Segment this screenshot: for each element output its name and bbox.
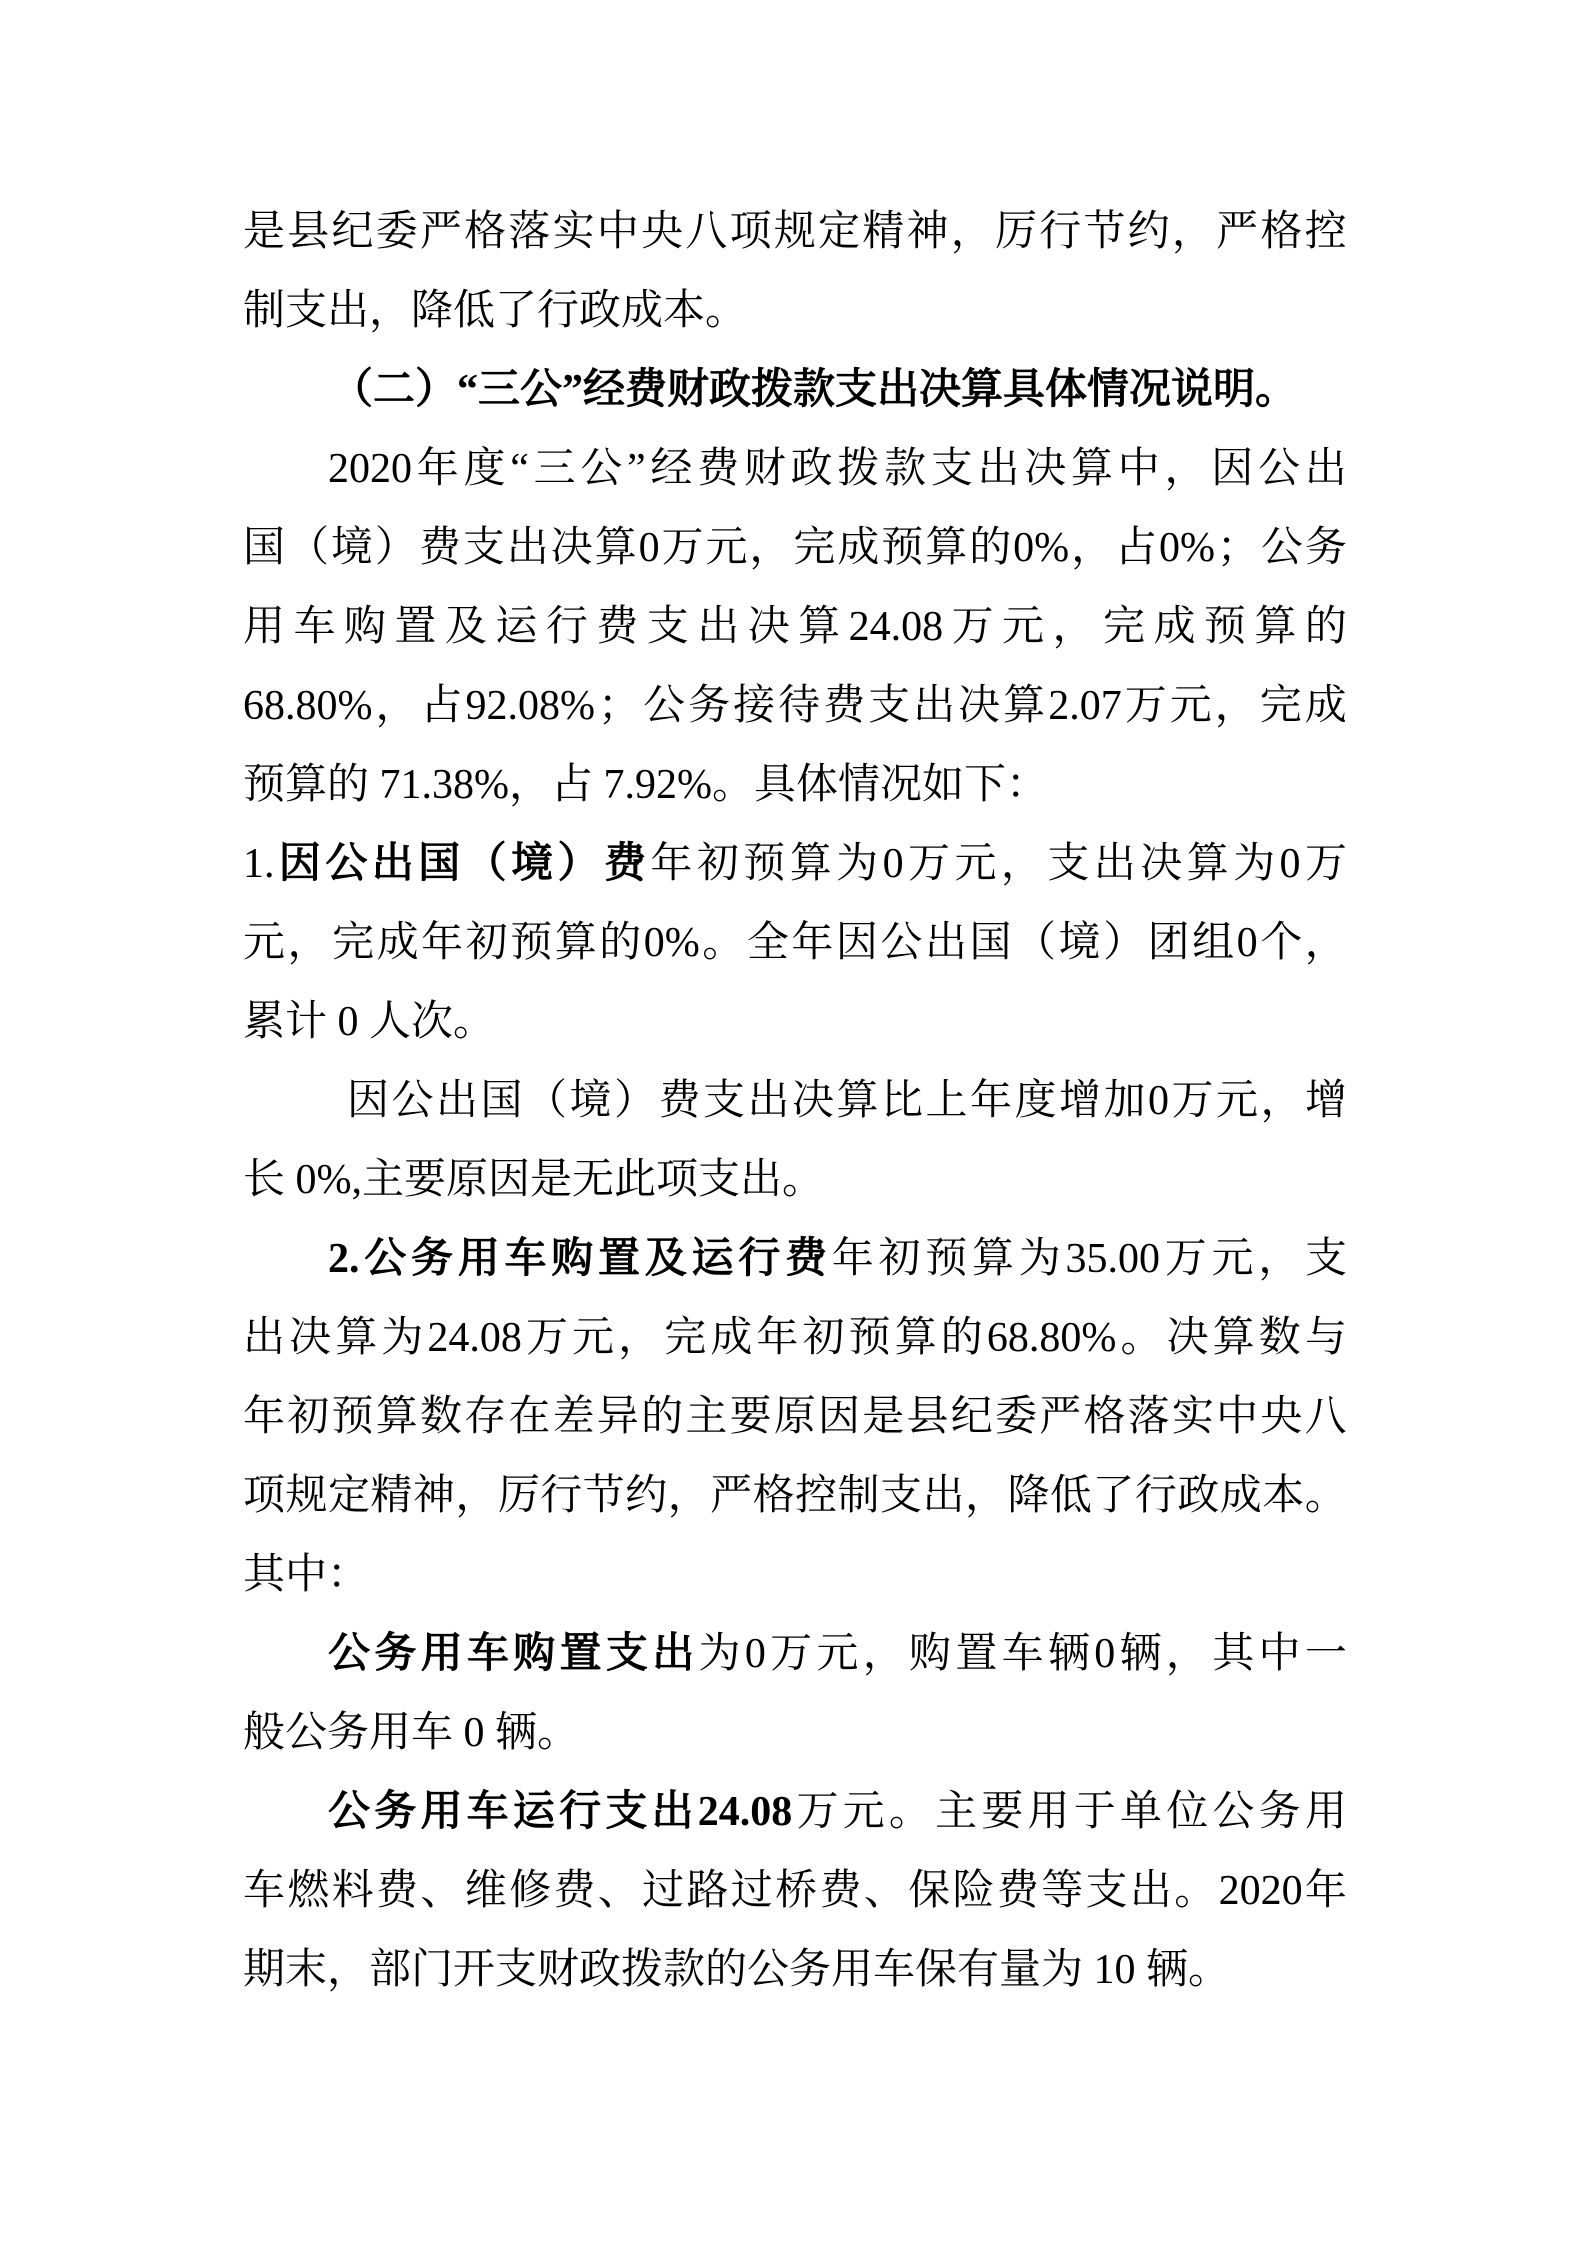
text-token: 规 [285,1457,327,1536]
text-token: 约 [625,1457,667,1536]
text-token: 费 [819,1852,861,1931]
text-token: 度 [463,430,505,509]
text-token: 费 [697,430,739,509]
text-token: ， [1260,1062,1302,1141]
text-token: 0% [1013,509,1069,588]
text-token: 县 [287,193,329,272]
text-token: 财 [744,430,786,509]
text-token: ） [375,509,417,588]
text-token: 。 [702,904,744,983]
text-token: 占 [1115,509,1157,588]
text-token: 格 [753,1457,795,1536]
text-token: 款 [884,430,926,509]
text-token: 年 [832,1220,874,1299]
text-line-4: 2020年度“三公”经费财政拨款支出决算中，因公出 [243,430,1347,509]
text-token: 政 [791,430,833,509]
text-token: 出 [507,509,549,588]
text-token: 中 [1259,1615,1301,1694]
text-token: 万 [526,1299,568,1378]
text-token: 定 [328,1457,370,1536]
text-token: 约 [1128,193,1170,272]
text-token: 0 [1094,1615,1115,1694]
text-token: 公 [328,1615,370,1694]
text-token: 出 [372,825,414,904]
text-token: 元 [1216,1062,1258,1141]
text-line-12: 因公出国（境）费支出决算比上年度增加0万元，增 [243,1062,1347,1141]
text-token: 项 [730,193,772,272]
text-token: 数 [420,1378,462,1457]
text-token: ， [951,193,993,272]
text-token: 料 [332,1852,374,1931]
text-token: 决 [748,588,790,667]
text-token: 精 [862,193,904,272]
text-line-3: （二）“三公”经费财政拨款支出决算具体情况说明。 [243,351,1347,430]
text-token: 境 [1059,904,1101,983]
text-token: 国 [969,904,1011,983]
text-token: 规 [774,193,816,272]
text-token: 数 [1259,1299,1301,1378]
text-token: 增 [1059,1062,1101,1141]
text-token: ） [558,825,600,904]
text-token: 车 [467,1773,509,1852]
text-token: 年 [970,1062,1012,1141]
text-line-14: 2.公务用车购置及运行费年初预算为35.00万元，支 [243,1220,1347,1299]
text-token: 算 [1187,825,1229,904]
text-token: 算 [1003,667,1045,746]
text-token: 其 [1212,1615,1254,1694]
text-token: 0 [639,509,660,588]
text-token: ， [668,1457,710,1536]
text-token: 厉 [498,1457,540,1536]
text-token: 待 [778,667,820,746]
text-token: 成 [1220,1457,1262,1536]
text-token: 格 [464,193,506,272]
text-token: 成 [1153,588,1195,667]
text-token: 预 [881,509,923,588]
text-token: 与 [1305,1299,1347,1378]
text-token: 控 [795,1457,837,1536]
text-token: 初 [803,1299,845,1378]
text-token: 算 [555,904,597,983]
text-token: 公 [392,1062,434,1141]
text-token: 元 [243,904,285,983]
text-token: 支 [1086,1852,1128,1931]
text-token: ， [455,1457,497,1536]
text-token: 出 [243,1299,285,1378]
text-token: 年 [756,1299,798,1378]
text-token: 公 [1258,430,1300,509]
text-line-10: 元，完成年初预算的0%。全年因公出国（境）团组0个， [243,904,1347,983]
text-token: 差 [553,1378,595,1457]
text-token: 成 [710,1299,752,1378]
text-token: ， [1001,825,1043,904]
text-token: 行 [1039,193,1081,272]
text-token: 出 [978,430,1020,509]
text-token: 支 [647,588,689,667]
text-token: 元 [1002,588,1044,667]
text-token: 原 [774,1378,816,1457]
text-token: 0 [1237,904,1258,983]
text-token: 算 [1071,430,1113,509]
text-token: 年 [417,430,459,509]
text-token: 行 [546,588,588,667]
text-token: 决 [289,1299,331,1378]
text-token: 年 [421,904,463,983]
text-token: 用 [420,1773,462,1852]
text-segment: 预算的 71.38%，占 7.92%。具体情况如下： [243,762,1048,808]
text-token: 主 [685,1378,727,1457]
text-token: 是 [862,1378,904,1457]
text-token: 公 [1212,1773,1254,1852]
text-token: 要 [730,1378,772,1457]
text-token: 严 [1039,1378,1081,1457]
text-token: 算 [895,1299,937,1378]
text-token: 公 [643,667,685,746]
text-token: 决 [1167,1299,1209,1378]
text-token: 为 [836,825,878,904]
text-segment: 期末，部门开支财政拨款的公务用车保有量为 10 辆。 [243,1947,1230,1993]
text-line-13: 长 0%,主要原因是无此项支出。 [243,1141,1347,1220]
text-token: 落 [1128,1378,1170,1457]
text-token: （ [1014,904,1056,983]
text-line-9: 1.因公出国（境）费年初预算为0万元，支出决算为0万 [243,825,1347,904]
text-token: 政 [1177,1457,1219,1536]
text-segment: 长 0%,主要原因是无此项支出。 [243,1157,824,1203]
text-token: 行 [540,1457,582,1536]
text-token: 2. [328,1220,360,1299]
text-token: 公 [580,430,622,509]
text-token: 费 [596,588,638,667]
text-token: ， [288,904,330,983]
text-token: 用 [1305,1773,1347,1852]
text-token: 降 [1007,1457,1049,1536]
text-token: 决 [551,509,593,588]
text-token: 公 [328,1773,370,1852]
text-token: 费 [419,509,461,588]
text-token: 完 [1260,667,1302,746]
text-token: ， [749,509,791,588]
text-token: 出 [1094,825,1136,904]
text-token: 神 [907,193,949,272]
text-token: 年 [243,1378,285,1457]
text-line-6: 用车购置及运行费支出决算24.08万元，完成预算的 [243,588,1347,667]
text-token: 预 [925,1220,967,1299]
text-token: 落 [508,193,550,272]
text-line-17: 项规定精神，厉行节约，严格控制支出，降低了行政成本。 [243,1457,1347,1536]
text-token: 出 [1305,430,1347,509]
text-token: 。 [1174,1852,1216,1931]
text-token: 预 [331,1378,373,1457]
text-line-23: 期末，部门开支财政拨款的公务用车保有量为 10 辆。 [243,1931,1347,2010]
text-token: 本 [1262,1457,1304,1536]
text-token: 定 [818,193,860,272]
text-token: 费 [659,1062,701,1141]
text-token: 比 [881,1062,923,1141]
text-token: 出 [436,1062,478,1141]
text-token: 元 [1170,667,1212,746]
text-token: 中 [1216,1378,1258,1457]
text-token: 中 [597,193,639,272]
text-token: 保 [908,1852,950,1931]
text-token: 个 [1260,904,1302,983]
text-token: 境 [511,825,553,904]
text-token: 用 [458,1220,500,1299]
text-token: ， [1305,904,1347,983]
text-token: 算 [972,1220,1014,1299]
text-token: 购 [513,1615,555,1694]
text-token: 制 [838,1457,880,1536]
text-token: ， [1164,430,1206,509]
text-token: （ [525,1062,567,1141]
text-token: 初 [466,904,508,983]
text-token: 决 [792,1062,834,1141]
text-token: 及 [645,1220,687,1299]
text-line-18: 其中： [243,1536,1347,1615]
text-token: 0 [883,825,904,904]
text-token: 务 [1305,509,1347,588]
text-token: ， [863,1615,905,1694]
text-token: 团 [1148,904,1190,983]
text-token: 燃 [287,1852,329,1931]
text-token: 年 [1305,1852,1347,1931]
text-token: 完 [332,904,374,983]
text-token: 年 [650,825,692,904]
text-token: 支 [868,667,910,746]
text-token: 预 [849,1299,891,1378]
text-token: 委 [995,1378,1037,1457]
text-token: 支 [703,1062,745,1141]
text-token: 支 [880,1457,922,1536]
text-token: 成 [377,904,419,983]
text-token: 出 [697,588,739,667]
text-token: 了 [1092,1457,1134,1536]
text-token: ， [965,1457,1007,1536]
text-token: 位 [1166,1773,1208,1852]
document-text-block: 是县纪委严格落实中央八项规定精神，厉行节约，严格控制支出，降低了行政成本。（二）… [243,193,1347,2010]
text-token: 元 [572,1299,614,1378]
text-token: 境 [570,1062,612,1141]
text-token: 央 [1260,1378,1302,1457]
text-token: 初 [878,1220,920,1299]
text-token: 节 [1083,193,1125,272]
text-token: 存 [464,1378,506,1457]
text-token: 因 [836,904,878,983]
text-token: 置 [955,1615,997,1694]
text-token: ， [1071,509,1113,588]
text-token: 算 [335,1299,377,1378]
text-token: ； [1217,509,1259,588]
text-token: 、 [420,1852,462,1931]
text-token: 35.00 [1065,1220,1160,1299]
text-token: 县 [907,1378,949,1457]
text-token: 度 [1015,1062,1057,1141]
text-token: “ [510,430,529,509]
text-token: 委 [376,193,418,272]
text-token: 出 [748,1062,790,1141]
text-token: 实 [553,193,595,272]
text-token: 费 [553,1852,595,1931]
text-token: 万 [770,1615,812,1694]
text-token: ； [598,667,640,746]
text-token: 0 [745,1615,766,1694]
text-token: 万 [908,825,950,904]
text-token: 车 [243,1852,285,1931]
text-token: 中 [1118,430,1160,509]
text-token: 公 [325,825,367,904]
text-token: 元 [954,825,996,904]
text-token: 0% [644,904,700,983]
text-token: （ [287,509,329,588]
text-token: 经 [650,430,692,509]
text-line-16: 年初预算数存在差异的主要原因是县纪委严格落实中央八 [243,1378,1347,1457]
text-token: 万 [662,509,704,588]
text-token: 精 [370,1457,412,1536]
text-token: ， [376,667,418,746]
text-token: 国 [243,509,285,588]
text-token: 算 [798,588,840,667]
text-token: 务 [688,667,730,746]
text-token: 用 [421,1615,463,1694]
text-token: 因 [347,1062,389,1141]
text-token: 占 [421,667,463,746]
text-token: 修 [509,1852,551,1931]
text-token: 预 [743,825,785,904]
text-token: 出 [652,1773,694,1852]
text-token: 万 [1305,825,1347,904]
text-token: 置 [560,1615,602,1694]
text-token: 算 [837,1062,879,1141]
text-token: 1. [243,825,275,904]
text-token: 。 [1305,1457,1347,1536]
text-line-7: 68.80%，占92.08%；公务接待费支出决算2.07万元，完成 [243,667,1347,746]
text-token: 万 [1125,667,1167,746]
text-token: 因 [1211,430,1253,509]
text-token: 全 [747,904,789,983]
text-line-2: 制支出，降低了行政成本。 [243,272,1347,351]
text-token: 行 [738,1220,780,1299]
text-token: 为 [381,1299,423,1378]
text-token: 68.80% [987,1299,1117,1378]
text-token: 神 [413,1457,455,1536]
text-token: 公 [1261,509,1303,588]
text-line-15: 出决算为24.08万元，完成年初预算的68.80%。决算数与 [243,1299,1347,1378]
text-token: 费 [785,1220,827,1299]
text-token: 万 [796,1773,838,1852]
text-token: 因 [279,825,321,904]
text-token: 费 [376,1852,418,1931]
text-token: 央 [641,193,683,272]
text-token: 元 [705,509,747,588]
text-token: 决 [958,667,1000,746]
text-token: 为 [699,1615,741,1694]
text-token: ” [627,430,646,509]
text-token: 务 [411,1220,453,1299]
text-token: 纪 [951,1378,993,1457]
text-line-20: 般公务用车 0 辆。 [243,1694,1347,1773]
text-token: 完 [1103,588,1145,667]
text-token: 及 [445,588,487,667]
text-token: 公 [364,1220,406,1299]
text-token: 出 [1130,1852,1172,1931]
text-token: 的 [641,1378,683,1457]
text-token: 辆 [1120,1615,1162,1694]
text-token: 24.08 [427,1299,522,1378]
text-token: 完 [664,1299,706,1378]
text-token: 国 [418,825,460,904]
text-token: 成 [1305,667,1347,746]
text-token: 出 [913,667,955,746]
text-token: 初 [697,825,739,904]
text-token: 的 [941,1299,983,1378]
text-token: 组 [1192,904,1234,983]
text-token: 主 [935,1773,977,1852]
text-token: 、 [864,1852,906,1931]
text-token: 用 [243,588,285,667]
text-token: 决 [1024,430,1066,509]
text-token: ， [1215,667,1257,746]
text-token: 的 [599,904,641,983]
text-token: 费 [604,825,646,904]
text-token: 控 [1305,193,1347,272]
text-token: 于 [1074,1773,1116,1852]
text-token: 92.08% [466,667,596,746]
text-token: 维 [465,1852,507,1931]
text-line-22: 车燃料费、维修费、过路过桥费、保险费等支出。2020年 [243,1852,1347,1931]
text-token: 异 [597,1378,639,1457]
text-token: 成 [837,509,879,588]
text-token: ， [1053,588,1095,667]
text-token: 险 [953,1852,995,1931]
text-segment: 般公务用车 0 辆。 [243,1710,579,1756]
text-token: 24.08 [698,1773,793,1852]
text-token: 元 [843,1773,885,1852]
text-token: 行 [1135,1457,1177,1536]
text-token: 运 [513,1773,555,1852]
text-token: 纪 [331,193,373,272]
text-token: ， [618,1299,660,1378]
text-token: 路 [686,1852,728,1931]
text-token: 支 [1047,825,1089,904]
text-token: 算 [376,1378,418,1457]
text-token: 上 [926,1062,968,1141]
text-token: 算 [790,825,832,904]
text-token: 严 [420,193,462,272]
text-token: 加 [1104,1062,1146,1141]
text-line-5: 国（境）费支出决算0万元，完成预算的0%，占0%；公务 [243,509,1347,588]
text-token: 桥 [775,1852,817,1931]
text-token: 因 [818,1378,860,1457]
text-token: 68.80% [243,667,373,746]
text-token: 购 [344,588,386,667]
text-token: 节 [583,1457,625,1536]
text-token: （ [465,825,507,904]
text-token: 、 [598,1852,640,1931]
text-token: 车 [504,1220,546,1299]
text-line-19: 公务用车购置支出为0万元，购置车辆0辆，其中一 [243,1615,1347,1694]
text-token: 。 [889,1773,931,1852]
text-token: 项 [243,1457,285,1536]
text-token: 单 [1120,1773,1162,1852]
text-token: 万 [1171,1062,1213,1141]
text-token: ， [1172,193,1214,272]
text-token: 是 [243,193,285,272]
text-segment: 其中： [243,1552,369,1598]
text-segment: 累计 0 人次。 [243,999,495,1045]
text-token: 车 [1002,1615,1044,1694]
text-token: ， [1166,1615,1208,1694]
text-token: 费 [823,667,865,746]
text-token: 决 [1140,825,1182,904]
